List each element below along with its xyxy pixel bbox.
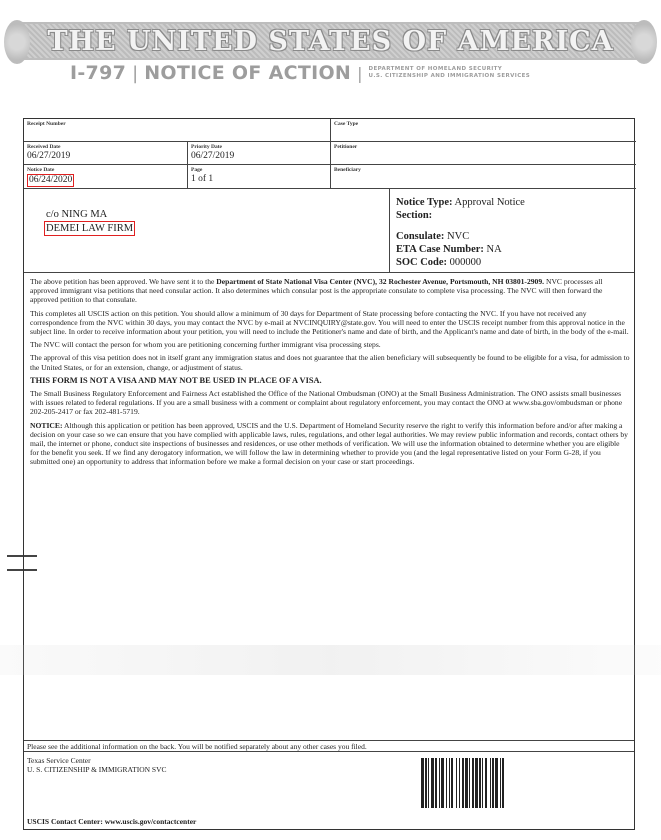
beneficiary-cell: Beneficiary — [331, 165, 636, 189]
scan-smudge — [0, 645, 661, 675]
agency-line2: U.S. CITIZENSHIP AND IMMIGRATION SERVICE… — [369, 73, 531, 80]
agency-name: DEPARTMENT OF HOMELAND SECURITY U.S. CIT… — [369, 66, 531, 80]
notice-date-value: 06/24/2020 — [27, 174, 74, 187]
paragraph-ombudsman: The Small Business Regulatory Enforcemen… — [30, 389, 630, 417]
receipt-number-cell: Receipt Number — [24, 119, 331, 142]
consulate-value: NVC — [447, 231, 469, 242]
notice-type-value: Approval Notice — [455, 197, 525, 208]
petitioner-label: Petitioner — [334, 143, 633, 151]
contact-center: USCIS Contact Center: www.uscis.gov/cont… — [27, 817, 196, 826]
paragraph-not-a-visa: THIS FORM IS NOT A VISA AND MAY NOT BE U… — [30, 376, 630, 385]
case-type-cell: Case Type — [331, 119, 636, 142]
eta-case-value: NA — [487, 244, 502, 255]
case-info-grid: Receipt Number Case Type Received Date 0… — [24, 119, 634, 189]
notice-page: THE UNITED STATES OF AMERICA I-797 | NOT… — [0, 0, 661, 840]
page-label: Page — [191, 166, 327, 174]
paragraph-notice: NOTICE: Although this application or pet… — [30, 421, 630, 467]
eta-case-label: ETA Case Number: — [396, 244, 484, 255]
form-box: Receipt Number Case Type Received Date 0… — [23, 118, 635, 830]
notice-date-label: Notice Date — [27, 166, 184, 174]
banner-title: THE UNITED STATES OF AMERICA — [47, 26, 613, 57]
mailing-address: c/o NING MA DEMEI LAW FIRM — [44, 208, 135, 236]
notice-date-cell: Notice Date 06/24/2020 — [24, 165, 188, 189]
service-center-line2: U. S. CITIZENSHIP & IMMIGRATION SVC — [27, 765, 167, 774]
paragraph-nvc-contact: This completes all USCIS action on this … — [30, 309, 630, 337]
received-date-value: 06/27/2019 — [27, 151, 184, 162]
paragraph-approval: The above petition has been approved. We… — [30, 277, 630, 305]
priority-date-value: 06/27/2019 — [191, 151, 327, 162]
ornament-left-icon — [4, 20, 30, 64]
form-header: I-797 | NOTICE OF ACTION | DEPARTMENT OF… — [70, 62, 530, 84]
beneficiary-label: Beneficiary — [334, 166, 633, 174]
received-date-cell: Received Date 06/27/2019 — [24, 142, 188, 165]
service-center: Texas Service Center U. S. CITIZENSHIP &… — [27, 756, 167, 774]
case-type-label: Case Type — [334, 120, 633, 128]
barcode-icon — [421, 758, 553, 808]
priority-date-label: Priority Date — [191, 143, 327, 151]
form-number: I-797 — [70, 62, 126, 84]
received-date-label: Received Date — [27, 143, 184, 151]
ornament-right-icon — [631, 20, 657, 64]
divider: | — [132, 63, 138, 84]
soc-code-value: 000000 — [450, 257, 482, 268]
address-line2: DEMEI LAW FIRM — [44, 221, 135, 236]
section-label: Section: — [396, 210, 432, 221]
paragraph-nvc-steps: The NVC will contact the person for whom… — [30, 340, 630, 349]
notice-info: Notice Type: Approval Notice Section: Co… — [389, 189, 636, 273]
receipt-number-label: Receipt Number — [27, 120, 327, 128]
form-title: NOTICE OF ACTION — [144, 62, 351, 84]
priority-date-cell: Priority Date 06/27/2019 — [188, 142, 331, 165]
consulate-label: Consulate: — [396, 231, 444, 242]
service-center-line1: Texas Service Center — [27, 756, 167, 765]
petitioner-cell: Petitioner — [331, 142, 636, 165]
notice-type-label: Notice Type: — [396, 197, 452, 208]
page-cell: Page 1 of 1 — [188, 165, 331, 189]
divider: | — [357, 64, 362, 83]
agency-line1: DEPARTMENT OF HOMELAND SECURITY — [369, 66, 531, 73]
soc-code-label: SOC Code: — [396, 257, 447, 268]
page-value: 1 of 1 — [191, 174, 327, 185]
banner: THE UNITED STATES OF AMERICA — [18, 22, 643, 60]
address-area: c/o NING MA DEMEI LAW FIRM Notice Type: … — [24, 189, 634, 273]
paragraph-disclaimer: The approval of this visa petition does … — [30, 353, 630, 371]
footer-note: Please see the additional information on… — [24, 740, 634, 752]
address-line1: c/o NING MA — [44, 208, 135, 221]
notice-body: The above petition has been approved. We… — [30, 277, 630, 471]
